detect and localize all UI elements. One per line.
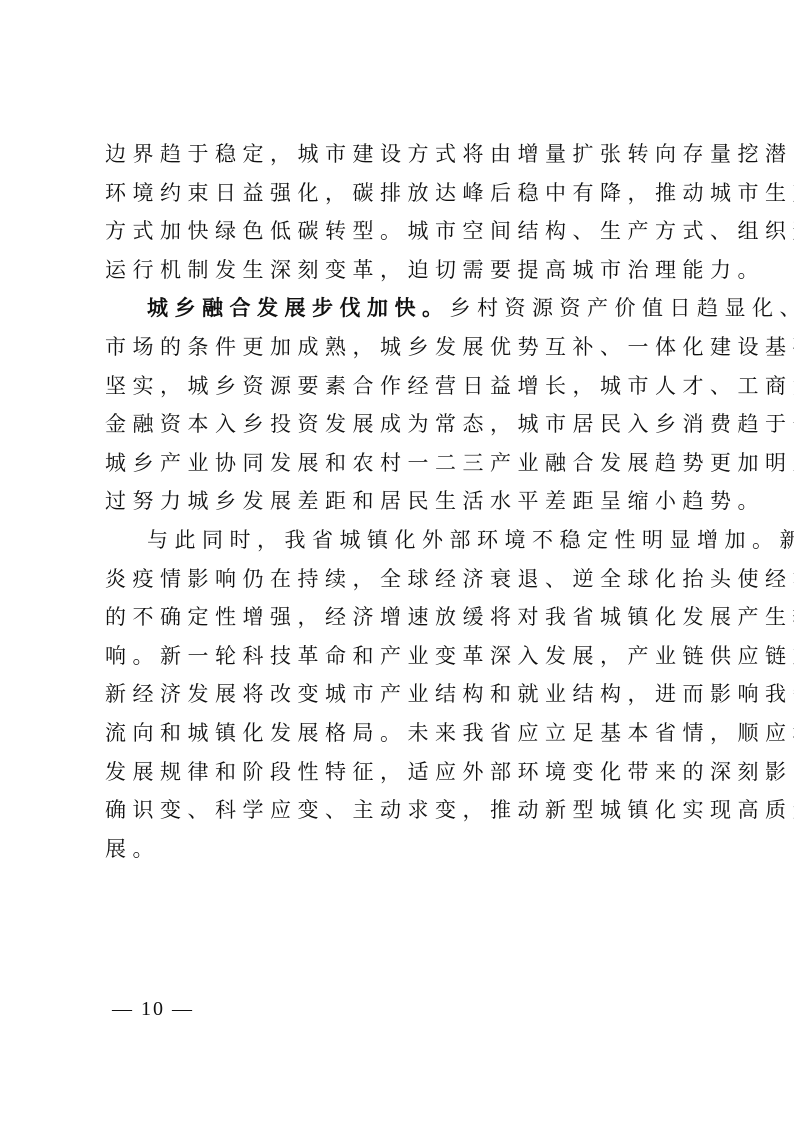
text-line: 流向和城镇化发展格局。未来我省应立足基本省情，顺应城镇化	[105, 714, 689, 753]
text-line: 环境约束日益强化，碳排放达峰后稳中有降，推动城市生产生活	[105, 174, 689, 213]
text-line: 边界趋于稳定，城市建设方式将由增量扩张转向存量挖潜，资源	[105, 135, 689, 174]
text-line: 与此同时，我省城镇化外部环境不稳定性明显增加。新冠肺	[105, 521, 689, 560]
paragraph-urban-rural-integration: 城乡融合发展步伐加快。乡村资源资产价值日趋显化、融入 市场的条件更加成熟，城乡发…	[105, 289, 695, 521]
text-line: 城乡产业协同发展和农村一二三产业融合发展趋势更加明显，经	[105, 444, 689, 483]
paragraph-heading: 城乡融合发展步伐加快。	[147, 296, 450, 320]
text-line: 过努力城乡发展差距和居民生活水平差距呈缩小趋势。	[105, 482, 689, 521]
text-line: 新经济发展将改变城市产业结构和就业结构，进而影响我省人口	[105, 675, 689, 714]
text-line: 城乡融合发展步伐加快。乡村资源资产价值日趋显化、融入	[105, 289, 689, 328]
text-line: 发展规律和阶段性特征，适应外部环境变化带来的深刻影响，准	[105, 753, 689, 792]
document-page: 边界趋于稳定，城市建设方式将由增量扩张转向存量挖潜，资源 环境约束日益强化，碳排…	[0, 0, 794, 1123]
text-line: 响。新一轮科技革命和产业变革深入发展，产业链供应链重塑和	[105, 637, 689, 676]
document-body: 边界趋于稳定，城市建设方式将由增量扩张转向存量挖潜，资源 环境约束日益强化，碳排…	[105, 135, 695, 868]
text-line: 方式加快绿色低碳转型。城市空间结构、生产方式、组织形态和	[105, 212, 689, 251]
text-line: 坚实，城乡资源要素合作经营日益增长，城市人才、工商资本及	[105, 367, 689, 406]
text-line: 确识变、科学应变、主动求变，推动新型城镇化实现高质量发	[105, 791, 689, 830]
text-line: 展。	[105, 830, 689, 869]
text-line: 金融资本入乡投资发展成为常态，城市居民入乡消费趋于普遍，	[105, 405, 689, 444]
paragraph-external-environment: 与此同时，我省城镇化外部环境不稳定性明显增加。新冠肺 炎疫情影响仍在持续，全球经…	[105, 521, 695, 868]
paragraph-urban-boundary: 边界趋于稳定，城市建设方式将由增量扩张转向存量挖潜，资源 环境约束日益强化，碳排…	[105, 135, 695, 289]
text-segment: 乡村资源资产价值日趋显化、融入	[450, 296, 794, 320]
text-line: 运行机制发生深刻变革，迫切需要提高城市治理能力。	[105, 251, 689, 290]
page-number: — 10 —	[112, 998, 194, 1021]
text-line: 的不确定性增强，经济增速放缓将对我省城镇化发展产生较大影	[105, 598, 689, 637]
text-line: 炎疫情影响仍在持续，全球经济衰退、逆全球化抬头使经济发展	[105, 560, 689, 599]
text-line: 市场的条件更加成熟，城乡发展优势互补、一体化建设基础日益	[105, 328, 689, 367]
